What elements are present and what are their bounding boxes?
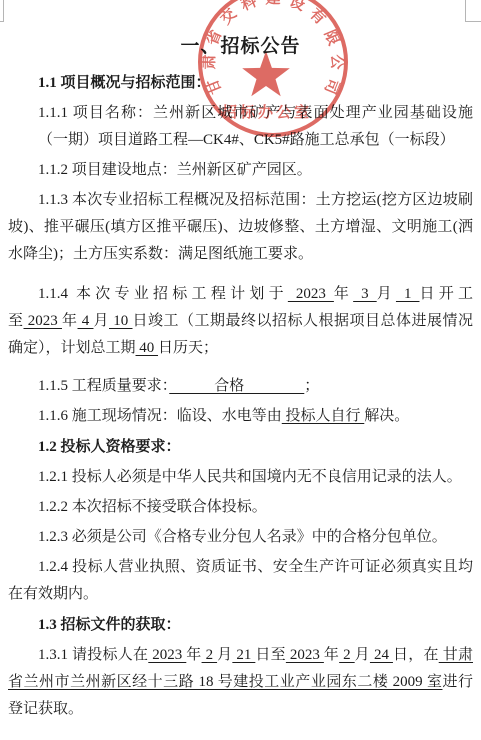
form-field-value: 2023 bbox=[148, 647, 186, 663]
text-run: 日至 bbox=[255, 647, 286, 663]
form-field-value: 2 bbox=[202, 647, 218, 663]
clause-1-2-2: 1.2.2 本次招标不接受联合体投标。 bbox=[8, 494, 473, 521]
text-run: 1.2.2 本次招标不接受联合体投标。 bbox=[38, 499, 267, 515]
clause-1-2-3: 1.2.3 必须是公司《合格专业分包人名录》中的合格分包单位。 bbox=[8, 524, 473, 551]
tender-announcement-page: 一、招标公告 1.1 项目概况与招标范围：1.1.1 项目名称：兰州新区城市矿产… bbox=[0, 0, 481, 740]
text-run: 年 bbox=[186, 647, 201, 663]
text-run: 1.1.2 项目建设地点：兰州新区矿产园区。 bbox=[38, 162, 312, 178]
section-heading-1-3: 1.3 招标文件的获取： bbox=[8, 612, 473, 639]
text-run: 1.1.6 施工现场情况：临设、水电等由 bbox=[38, 408, 282, 424]
text-run: 月 bbox=[377, 286, 396, 302]
text-run: 1.2 投标人资格要求： bbox=[38, 439, 181, 455]
text-run: 1.2.1 投标人必须是中华人民共和国境内无不良信用记录的法人。 bbox=[38, 469, 462, 485]
form-field-value: 2023 bbox=[286, 647, 324, 663]
form-field-value: 1 bbox=[396, 286, 420, 302]
text-run: 年 bbox=[324, 647, 339, 663]
text-run: 1.1.3 本次专业招标工程概况及招标范围：土方挖运(挖方区边坡刷坡)、推平碾压… bbox=[8, 192, 473, 262]
text-run: 1.1.5 工程质量要求： bbox=[38, 378, 169, 394]
form-field-value: 24 bbox=[370, 647, 393, 663]
text-run: 年 bbox=[334, 286, 353, 302]
section-heading-1-1: 1.1 项目概况与招标范围： bbox=[8, 70, 473, 97]
form-field-value: 2 bbox=[339, 647, 355, 663]
form-field-value: 2023 bbox=[288, 286, 334, 302]
form-field-value: 4 bbox=[78, 313, 94, 329]
form-field-value: 投标人自行 bbox=[282, 408, 365, 424]
clause-1-1-5: 1.1.5 工程质量要求： 合格 ； bbox=[8, 373, 473, 400]
document-content: 一、招标公告 1.1 项目概况与招标范围：1.1.1 项目名称：兰州新区城市矿产… bbox=[0, 0, 481, 740]
text-run: 日历天； bbox=[158, 340, 218, 356]
text-run: 月 bbox=[355, 647, 370, 663]
text-run: 月 bbox=[217, 647, 232, 663]
text-run: 1.2.4 投标人营业执照、资质证书、安全生产许可证必须真实且均在有效期内。 bbox=[8, 559, 473, 602]
text-run: 解决。 bbox=[364, 408, 409, 424]
clause-1-1-4: 1.1.4 本次专业招标工程计划于 2023 年 3 月 1 日开工至 2023… bbox=[8, 281, 473, 362]
form-field-value: 2023 bbox=[24, 313, 63, 329]
clause-1-1-3: 1.1.3 本次专业招标工程概况及招标范围：土方挖运(挖方区边坡刷坡)、推平碾压… bbox=[8, 187, 473, 268]
form-field-value: 40 bbox=[136, 340, 159, 356]
page-title: 一、招标公告 bbox=[8, 33, 473, 60]
text-run: ； bbox=[304, 378, 319, 394]
clause-1-1-2: 1.1.2 项目建设地点：兰州新区矿产园区。 bbox=[8, 157, 473, 184]
clause-1-1-1: 1.1.1 项目名称：兰州新区城市矿产与表面处理产业园基础设施（一期）项目道路工… bbox=[38, 100, 473, 154]
text-run: 1.1 项目概况与招标范围： bbox=[38, 75, 211, 91]
text-run: 年 bbox=[62, 313, 78, 329]
text-run: 月 bbox=[94, 313, 110, 329]
text-run: 1.3.1 请投标人在 bbox=[38, 647, 148, 663]
text-run: 1.1.1 项目名称：兰州新区城市矿产与表面处理产业园基础设施（一期）项目道路工… bbox=[38, 105, 473, 148]
clause-1-2-1: 1.2.1 投标人必须是中华人民共和国境内无不良信用记录的法人。 bbox=[8, 464, 473, 491]
form-field-value: 21 bbox=[232, 647, 255, 663]
clause-1-2-4: 1.2.4 投标人营业执照、资质证书、安全生产许可证必须真实且均在有效期内。 bbox=[8, 554, 473, 608]
form-field-value: 10 bbox=[109, 313, 133, 329]
text-run: 1.2.3 必须是公司《合格专业分包人名录》中的合格分包单位。 bbox=[38, 529, 447, 545]
form-field-value: 合格 bbox=[169, 378, 304, 394]
form-field-value: 3 bbox=[353, 286, 377, 302]
clause-1-3-1: 1.3.1 请投标人在 2023 年 2 月 21 日至 2023 年 2 月 … bbox=[8, 642, 473, 723]
text-run: 1.3 招标文件的获取： bbox=[38, 617, 181, 633]
section-heading-1-2: 1.2 投标人资格要求： bbox=[8, 434, 473, 461]
text-run: 日，在 bbox=[393, 647, 439, 663]
document-body: 1.1 项目概况与招标范围：1.1.1 项目名称：兰州新区城市矿产与表面处理产业… bbox=[8, 70, 473, 723]
text-run: 1.1.4 本次专业招标工程计划于 bbox=[38, 286, 288, 302]
clause-1-1-6: 1.1.6 施工现场情况：临设、水电等由 投标人自行 解决。 bbox=[8, 403, 473, 430]
